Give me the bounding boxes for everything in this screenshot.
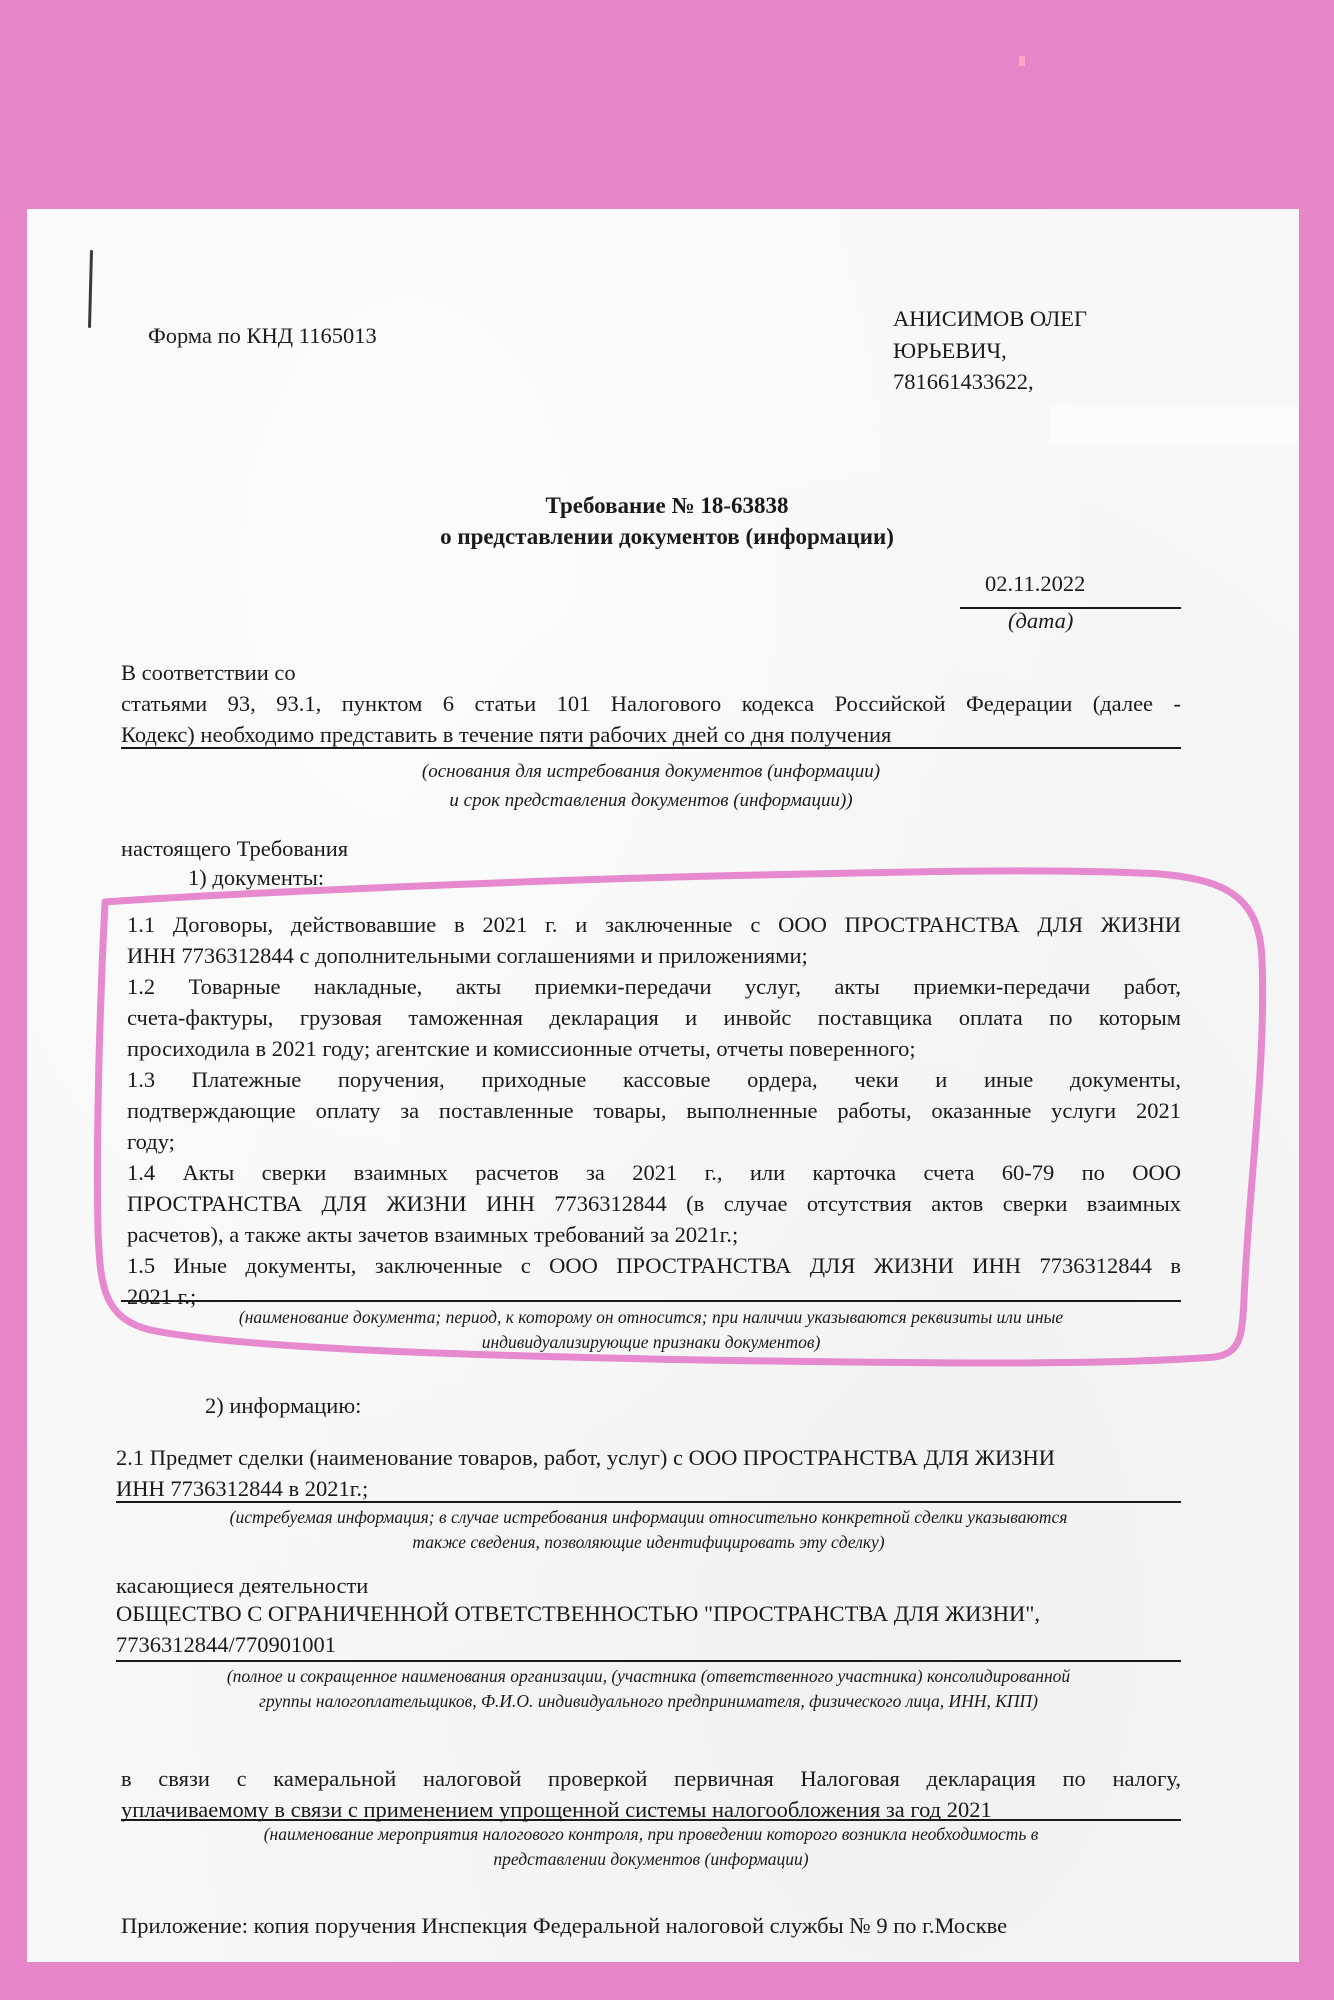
attachment-line: Приложение: копия поручения Инспекция Фе… (121, 1910, 1007, 1941)
doc-line: году; (127, 1126, 175, 1157)
doc-line: 1.3 Платежные поручения, приходные кассо… (127, 1064, 1181, 1095)
basis-caption-1: (основания для истребования документов (… (121, 757, 1181, 786)
counterparty-lead: касающиеся деятельности (116, 1570, 368, 1601)
basis-line-2: статьями 93, 93.1, пунктом 6 статьи 101 … (121, 688, 1181, 719)
redaction-patch (1050, 405, 1299, 445)
doc-line: 1.1 Договоры, действовавшие в 2021 г. и … (127, 909, 1181, 940)
basis-line-3: Кодекс) необходимо представить в течение… (121, 719, 891, 750)
basis-caption-2: и срок представления документов (информа… (121, 786, 1181, 815)
addressee-line-1: АНИСИМОВ ОЛЕГ (893, 303, 1087, 334)
reason-caption-1: (наименование мероприятия налогового кон… (121, 1822, 1181, 1847)
doc-line: подтверждающие оплату за поставленные то… (127, 1095, 1181, 1126)
basis-rule (121, 747, 1181, 749)
date-value: 02.11.2022 (985, 568, 1085, 599)
reason-line-1: в связи с камеральной налоговой проверко… (121, 1763, 1181, 1794)
doc-line: счета-фактуры, грузовая таможенная декла… (127, 1002, 1181, 1033)
counterparty-rule (116, 1660, 1181, 1662)
pink-speck (1019, 56, 1025, 66)
counterparty-caption-1: (полное и сокращенное наименования орган… (116, 1664, 1181, 1689)
documents-caption-1: (наименование документа; период, к котор… (121, 1305, 1181, 1330)
counterparty-caption-2: группы налогоплательщиков, Ф.И.О. индиви… (116, 1689, 1181, 1714)
doc-line: расчетов), а также акты зачетов взаимных… (127, 1219, 738, 1250)
reason-rule (121, 1819, 1181, 1821)
documents-heading: 1) документы: (188, 862, 324, 893)
information-caption-1: (истребуемая информация; в случае истреб… (116, 1505, 1181, 1530)
information-caption-2: также сведения, позволяющие идентифициро… (116, 1530, 1181, 1555)
counterparty-line-1: ОБЩЕСТВО С ОГРАНИЧЕННОЙ ОТВЕТСТВЕННОСТЬЮ… (116, 1598, 1040, 1629)
form-code: Форма по КНД 1165013 (148, 320, 377, 351)
counterparty-line-2: 7736312844/770901001 (116, 1629, 336, 1660)
doc-line: ПРОСТРАНСТВА ДЛЯ ЖИЗНИ ИНН 7736312844 (в… (127, 1188, 1181, 1219)
information-line-2: ИНН 7736312844 в 2021г.; (116, 1473, 368, 1504)
addressee-line-3: 781661433622, (893, 366, 1034, 397)
doc-line: ИНН 7736312844 с дополнительными соглаше… (127, 940, 808, 971)
basis-line-4: настоящего Требования (121, 833, 348, 864)
information-rule (116, 1501, 1181, 1503)
doc-line: 1.5 Иные документы, заключенные с ООО ПР… (127, 1250, 1181, 1281)
doc-line: 1.4 Акты сверки взаимных расчетов за 202… (127, 1157, 1181, 1188)
page-subtitle: о представлении документов (информации) (0, 521, 1334, 552)
documents-rule (121, 1300, 1181, 1302)
addressee-line-2: ЮРЬЕВИЧ, (893, 335, 1007, 366)
date-caption: (дата) (1008, 605, 1073, 636)
documents-caption-2: индивидуализирующие признаки документов) (121, 1330, 1181, 1355)
doc-line: просиходила в 2021 году; агентские и ком… (127, 1033, 916, 1064)
information-line-1: 2.1 Предмет сделки (наименование товаров… (116, 1442, 1055, 1473)
information-heading: 2) информацию: (205, 1390, 361, 1421)
doc-line: 1.2 Товарные накладные, акты приемки-пер… (127, 971, 1181, 1002)
basis-line-1: В соответствии со (121, 657, 296, 688)
page-title: Требование № 18-63838 (0, 490, 1334, 521)
reason-caption-2: представлении документов (информации) (121, 1847, 1181, 1872)
